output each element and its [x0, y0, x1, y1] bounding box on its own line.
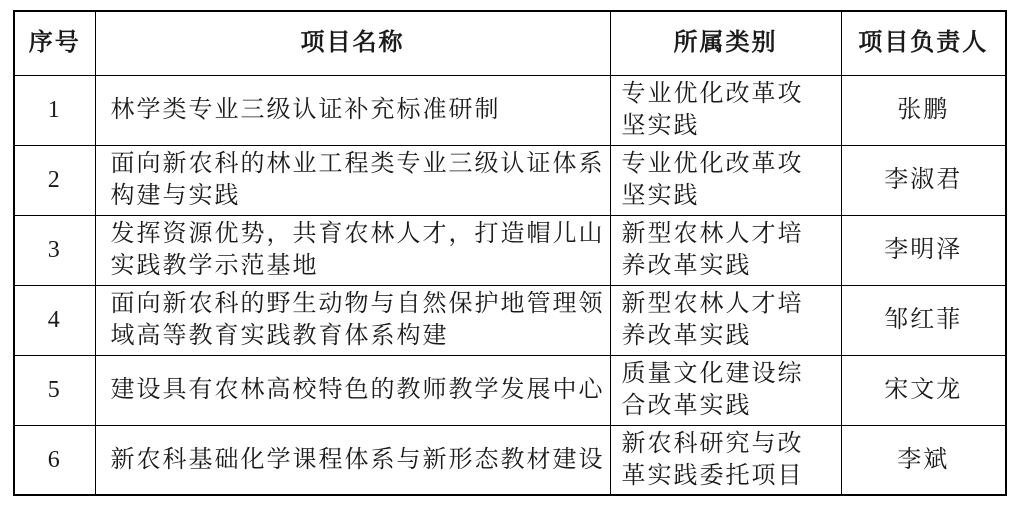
header-serial-number: 序号 [14, 11, 95, 75]
cell-category: 专业优化改革攻坚实践 [610, 75, 841, 145]
cell-category: 专业优化改革攻坚实践 [610, 145, 841, 215]
cell-project-leader: 李斌 [841, 425, 1006, 495]
cell-serial-number: 5 [14, 355, 95, 425]
cell-serial-number: 1 [14, 75, 95, 145]
cell-serial-number: 2 [14, 145, 95, 215]
table-row: 3 发挥资源优势，共育农林人才，打造帽儿山实践教学示范基地 新型农林人才培养改革… [14, 215, 1006, 285]
cell-category: 质量文化建设综合改革实践 [610, 355, 841, 425]
cell-serial-number: 6 [14, 425, 95, 495]
header-project-name: 项目名称 [95, 11, 610, 75]
cell-project-name: 面向新农科的林业工程类专业三级认证体系构建与实践 [95, 145, 610, 215]
cell-project-leader: 张鹏 [841, 75, 1006, 145]
cell-project-name: 面向新农科的野生动物与自然保护地管理领域高等教育实践教育体系构建 [95, 285, 610, 355]
header-category: 所属类别 [610, 11, 841, 75]
cell-project-leader: 李明泽 [841, 215, 1006, 285]
table-row: 5 建设具有农林高校特色的教师教学发展中心 质量文化建设综合改革实践 宋文龙 [14, 355, 1006, 425]
cell-project-leader: 李淑君 [841, 145, 1006, 215]
cell-project-name: 发挥资源优势，共育农林人才，打造帽儿山实践教学示范基地 [95, 215, 610, 285]
cell-category: 新型农林人才培养改革实践 [610, 285, 841, 355]
cell-category: 新农科研究与改革实践委托项目 [610, 425, 841, 495]
table-row: 1 林学类专业三级认证补充标准研制 专业优化改革攻坚实践 张鹏 [14, 75, 1006, 145]
table-row: 6 新农科基础化学课程体系与新形态教材建设 新农科研究与改革实践委托项目 李斌 [14, 425, 1006, 495]
cell-project-leader: 邹红菲 [841, 285, 1006, 355]
cell-serial-number: 4 [14, 285, 95, 355]
cell-project-name: 建设具有农林高校特色的教师教学发展中心 [95, 355, 610, 425]
cell-serial-number: 3 [14, 215, 95, 285]
cell-project-name: 林学类专业三级认证补充标准研制 [95, 75, 610, 145]
cell-category: 新型农林人才培养改革实践 [610, 215, 841, 285]
table-row: 2 面向新农科的林业工程类专业三级认证体系构建与实践 专业优化改革攻坚实践 李淑… [14, 145, 1006, 215]
document-page: 序号 项目名称 所属类别 项目负责人 1 林学类专业三级认证补充标准研制 专业优… [0, 0, 1017, 505]
cell-project-leader: 宋文龙 [841, 355, 1006, 425]
header-row: 序号 项目名称 所属类别 项目负责人 [14, 11, 1006, 75]
projects-table: 序号 项目名称 所属类别 项目负责人 1 林学类专业三级认证补充标准研制 专业优… [13, 10, 1007, 496]
table-row: 4 面向新农科的野生动物与自然保护地管理领域高等教育实践教育体系构建 新型农林人… [14, 285, 1006, 355]
cell-project-name: 新农科基础化学课程体系与新形态教材建设 [95, 425, 610, 495]
header-project-leader: 项目负责人 [841, 11, 1006, 75]
